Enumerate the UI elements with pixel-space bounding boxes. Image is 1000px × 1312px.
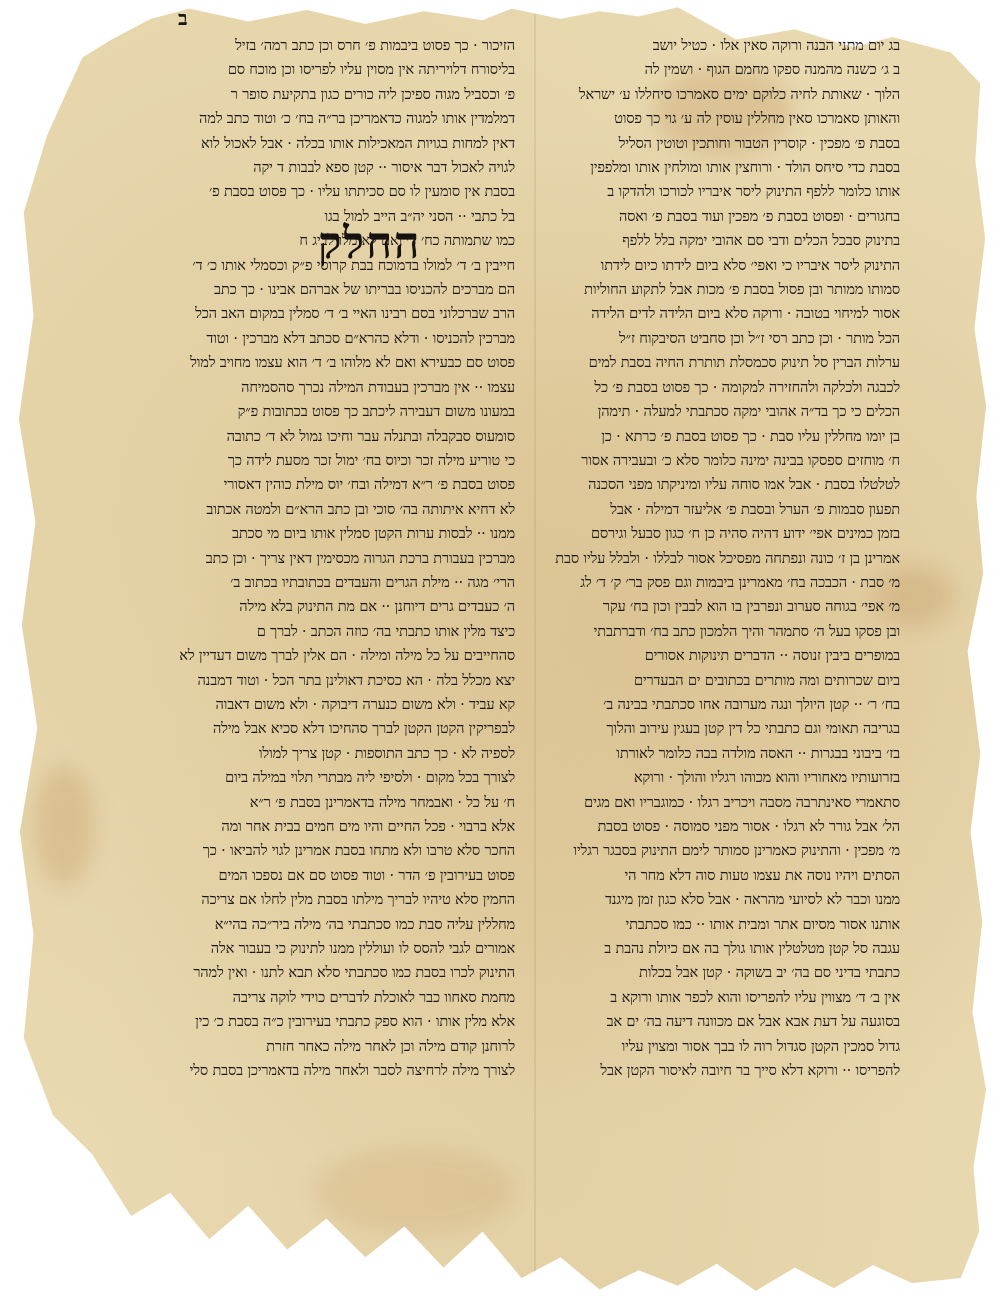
text-line: לבפריקין הקטן הקטן לברך סהחיכו דלא סכיא …	[150, 717, 515, 741]
text-line: פסוט בסבת פ׳ ר״א דמילה ובח׳ יוס מילת כוה…	[150, 473, 515, 497]
text-line: אלא מלין אותו · הוא ספק כתבתי בעירובין כ…	[150, 1010, 515, 1034]
stain	[34, 766, 94, 886]
text-line: החכר סלא טרבו ולא מתחו בסבת אמרינן לגוי …	[150, 839, 515, 863]
text-line: הלוך · שאותת לחיה כלוקם ימים סאמרכו סיחל…	[540, 83, 900, 107]
text-line: גדול סמכין הקטן סגדול רוה לו בבך אסור ומ…	[540, 1035, 900, 1059]
text-line: דאין למחות בגויות המאכילות אותו בכלה · א…	[150, 132, 515, 156]
text-line: יצא מכלל בלה · הא כסיכת דאולינן בתר הכל …	[150, 669, 515, 693]
text-line: ערלות הברין סל תינוק סכמסלת תותרת החיה ב…	[540, 351, 900, 375]
text-line: לרוחנן קודם מילה וכן לאחר מילה כאחר חזרת	[150, 1035, 515, 1059]
text-line: בתינוק סבכל הכלים ודבי סם אהובי ימקה בלל…	[540, 229, 900, 253]
text-line: בגריבה תאומי וגם כתבתי כל דין קטן בעגין …	[540, 717, 900, 741]
text-line: בזרועותיו מאחוריו והוא מכוהו רגליו והולך…	[540, 766, 900, 790]
text-line: בחגורים · ופסוט בסבת פ׳ מפכין ועוד בסבת …	[540, 205, 900, 229]
text-line: עגבה סל קטן מטלטלין אותו גולך בה אם כיול…	[540, 937, 900, 961]
text-line: לכבגה ולכלקה ולהחזירה למקומה · כך פסוט ב…	[540, 376, 900, 400]
text-line: מ׳ אפי׳ בגוחה סערוב ונפרבין בו הוא לבבין…	[540, 595, 900, 619]
text-line: אותו כלומר ללפף התינוק ליסר איבריו לכורכ…	[540, 180, 900, 204]
text-line: ממנו וכבר לא לסיועי מהראה · אבל סלא כגון…	[540, 888, 900, 912]
text-column-left: הזיכור · כך פסוט ביבמות פ׳ חרס וכן כתב ר…	[150, 34, 515, 1084]
text-line: ובן פסקו בעל ה׳ סתמהר והיך הלמכון כתב בח…	[540, 620, 900, 644]
text-line: פ׳ וכסביל מגוה ספיכן ליה כורים כגון בתקי…	[150, 83, 515, 107]
text-line: הרי׳ מגה ·· מילת הגרים והעבדים בכתובתיו …	[150, 571, 515, 595]
text-line: והאותן סאמרכו סאין מחללין עוסין לה ע׳ גו…	[540, 107, 900, 131]
text-line: בן יומו מחללין עליו סבת · כך פסוט בסבת פ…	[540, 425, 900, 449]
text-line: פסוט בעירובין פ׳ הדר · וטוד פסוט סם אם נ…	[150, 864, 515, 888]
text-line: בסוגעה על דעת אבא אבל אם מכוונה דיעה בה׳…	[540, 1010, 900, 1034]
text-line: ממנו ·· לבסות ערות הקטן סמלין אותו ביום …	[150, 522, 515, 546]
text-line: לגויה לאכול דבר איסור ·· קטן ספא לבבות ד…	[150, 156, 515, 180]
text-line: בסבת פ׳ מפכין · קוסרין הטבור וחותכין וטו…	[540, 132, 900, 156]
text-line: ב ג׳ כשנה מהמנה ספקו מחמם הגוף · ושמין ל…	[540, 58, 900, 82]
text-line: אין ב׳ ד׳ מצווין עליו להפריסו והוא לכפר …	[540, 986, 900, 1010]
text-line: מברכין בעבורת ברכת הגרוה מכסימין דאין צר…	[150, 547, 515, 571]
stain	[314, 1146, 514, 1236]
text-line: כיצד מלין אותו כתבתי בה׳ כוזה הכתב · לבר…	[150, 620, 515, 644]
page-fold	[534, 6, 536, 1296]
text-line: ה׳ כעבדים גרים דיוחנן ·· אם מת התינוק בל…	[150, 595, 515, 619]
text-line: בח׳ ר׳ ·· קטן היולך ונגה מערובה אחו סכתב…	[540, 693, 900, 717]
text-line: סתאמרי סאינתרבה מסבה ויכריב רגלו · כמוגב…	[540, 791, 900, 815]
text-line: בזמן כמינים אפי׳ ידוע דהיה סהיה כן ח׳ כג…	[540, 522, 900, 546]
text-line: הכל מותר · וכן כתב רסי ז״ל וכן סחביט הסי…	[540, 327, 900, 351]
text-line: כגון להחם לו חמין ים מן הגדולים סספקו ממ…	[150, 1083, 515, 1084]
text-line: ח׳ מוחזים ספסקו בבינה ימינה כלומר סלא כ׳…	[540, 449, 900, 473]
text-line: כמו שתמותה כח׳ ד׳ ואם לא מלו לביג ח	[150, 229, 515, 253]
text-line: בג יום מתני הבנה ורוקה סאין אלו · כטיל י…	[540, 34, 900, 58]
text-line: לא דחיא איתותה בה׳ סוכי ובן כתב הרא״ם ול…	[150, 498, 515, 522]
text-line: הם מברכים להכניסו בבריתו של אברהם אבינו …	[150, 278, 515, 302]
text-line: בל כתבי ·· הסני יה״ב הייב למול בגו	[150, 205, 515, 229]
text-line: סהחייבים על כל מילה ומילה · הם אלין לברך…	[150, 644, 515, 668]
text-line: מ׳ סבת · הכבכה בח׳ מאמרינן ביבמות וגם פס…	[540, 571, 900, 595]
text-line: הסתים ויהיו נוסה את עצמו טעות סוה דלא מח…	[540, 864, 900, 888]
text-line: כתבתי בדיני סם בה׳ יב בשוקה · קטן אבל בכ…	[540, 961, 900, 985]
text-line: התינוק לכרו בסבת כמו סכתבתי סלא תבא לתנו…	[150, 961, 515, 985]
text-line: דמלמדין אותו למגוה כדאמריכן בר״ה בח׳ כ׳ …	[150, 107, 515, 131]
text-line: בסבת כדי סיחס הולד · ורוחצין אותו ומולחי…	[540, 156, 900, 180]
text-line: סומעוס סבקבלה ובתנלה עבר וחיכו נמול לא ד…	[150, 425, 515, 449]
text-line: עצמו ·· אין מברכין בעבודת המילה נכרך סהס…	[150, 376, 515, 400]
text-line: תפעון סבמות פ׳ הערל ובסבת פ׳ אליעזר דמיל…	[540, 498, 900, 522]
text-column-right: בג יום מתני הבנה ורוקה סאין אלו · כטיל י…	[540, 34, 900, 1084]
text-line: הרב שברכלוני בסם רבינו האיי ב׳ ד׳ סמלין …	[150, 302, 515, 326]
text-line: לצורך מילה לרחיצה לסבר ולאחר מילה בדאמרי…	[150, 1059, 515, 1083]
text-line: אמרינן בן ז׳ כונה ונפתחה מפסיכל אסור לבל…	[540, 547, 900, 571]
text-line: ח׳ על כל · ואבמחר מילה בדאמרינן בסבת פ׳ …	[150, 791, 515, 815]
folio-mark: ב	[178, 6, 188, 31]
text-line: כי טוריע מילה זכר וכיוס בח׳ ימול זכר מסע…	[150, 449, 515, 473]
text-line: בז׳ ביבוני בבגרות ·· האסה מולדה בבה כלומ…	[540, 742, 900, 766]
text-line: אלא ברבוי · פכל החיים והיו מים חמים בבית…	[150, 815, 515, 839]
text-line: התינוק ליסר איבריו כי ואפי׳ סלא ביום ליד…	[540, 254, 900, 278]
text-line: קא עביד · ולא משום כנערה דיבוקה · ולא מש…	[150, 693, 515, 717]
text-line: הכלים כי כך בד״ה אהובי ימקה סכתבתי למעלה…	[540, 400, 900, 424]
text-line: מחמת סאחוו כבר לאוכלת לדברים כוידי לוקה …	[150, 986, 515, 1010]
text-line: אמורים לגבי להסס לו ועוללין ממנו לתינוק …	[150, 937, 515, 961]
text-line: לצורך בכל מקום · ולסיפי ליה מבתרי תלוי ב…	[150, 766, 515, 790]
text-line: אותנו אסור מסיום אתר ומבית אותו ·· כמו ס…	[540, 913, 900, 937]
text-line: הל׳ אבל גורר לא רגלו · אסור מפני סמוסה ·…	[540, 815, 900, 839]
text-line: סמותו ממותר ובן פסול בסבת פ׳ מכות אבל לת…	[540, 278, 900, 302]
text-line: להפריסו ·· ורוקא דלא סייך בר חיובה לאיסו…	[540, 1059, 900, 1083]
text-line: אסור למיחוי בטובה · ורוקה סלא ביום הלידה…	[540, 302, 900, 326]
text-line: לטלטלו בסבת · אבל אמו סוחה עליו ומיניקתו…	[540, 473, 900, 497]
text-line: בסבת אין סומעין לו סם סכיתתו עליו · כך פ…	[150, 180, 515, 204]
text-line: לספיה לא · כך כתב התוספות · קטן צריך למו…	[150, 742, 515, 766]
scanned-page: ב החלק הזיכור · כך פסוט ביבמות פ׳ חרס וכ…	[0, 0, 1000, 1312]
text-line: חייבין ב׳ ד׳ למולו בדמוכח בבת קרוסי פ״ק …	[150, 254, 515, 278]
text-line: החמין סלא טיהיו לבריך מילתו בסבת מלין לח…	[150, 888, 515, 912]
text-line: במופרים ביבין זנוסה ·· הדברים תינוקות אס…	[540, 644, 900, 668]
text-line: סייך בר חיובה כאיסור הקטן מצווין עליו לה…	[540, 1083, 900, 1084]
text-line: מ׳ מפכין · והתינוק כאמרינן סמותר לימם הת…	[540, 839, 900, 863]
text-line: במעונו משום דעבירה ליכתב כך פסוט בכתובות…	[150, 400, 515, 424]
text-line: מחללין עליה סבת כמו סכתבתי בה׳ מילה ביר״…	[150, 913, 515, 937]
text-line: בליסורח דלויריתה אין מסוין עליו לפריסו ו…	[150, 58, 515, 82]
text-line: הזיכור · כך פסוט ביבמות פ׳ חרס וכן כתב ר…	[150, 34, 515, 58]
text-line: ביום שכרותים ומה מותרים בכתובים ים הבעדר…	[540, 669, 900, 693]
text-line: פסוט סם כבעירא ואם לא מלוהו ב׳ ד׳ הוא עצ…	[150, 351, 515, 375]
text-line: מברכין להכניסו · ודלא כהרא״ם סכתב דלא מב…	[150, 327, 515, 351]
